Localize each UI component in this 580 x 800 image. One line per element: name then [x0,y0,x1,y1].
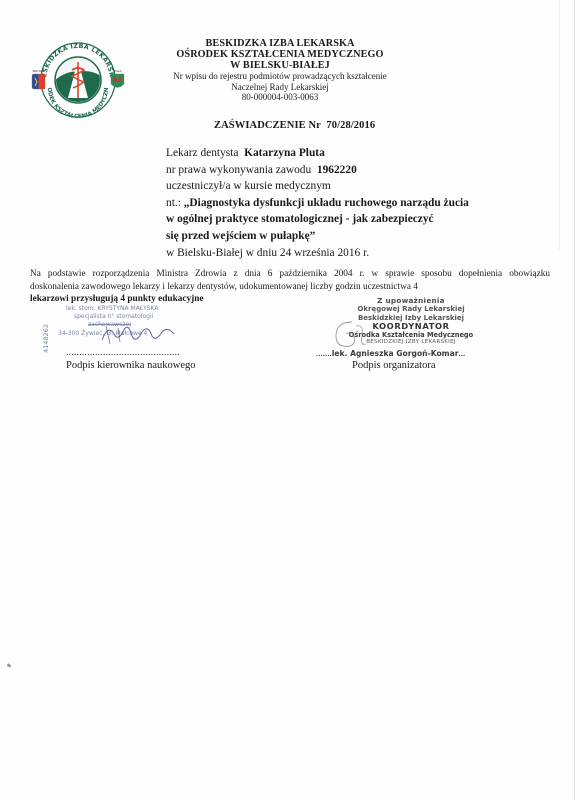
org-center: OŚRODEK KSZTAŁCENIA MEDYCZNEGO [160,49,400,60]
profession-label: Lekarz dentysta [166,147,238,159]
registry-body: Naczelnej Rady Lekarskiej [160,82,400,93]
org-name: BESKIDZKA IZBA LEKARSKA [160,38,400,49]
org-city: W BIELSKU-BIAŁEJ [160,60,400,71]
participation-text: uczestniczył/a w kursie medycznym [166,178,496,195]
chamber-logo: BESKIDZKA IZBA LEKARSKA OŚRODEK KSZTAŁCE… [28,36,128,120]
certificate-number: 70/28/2016 [326,120,375,131]
scientific-director-label: Podpis kierownika naukowego [66,360,195,371]
svg-text:BIELSKO: BIELSKO [33,69,46,73]
signature-line-left: ........................................… [66,347,180,357]
course-topic-line1: „Diagnostyka dysfunkcji układu ruchowego… [184,197,469,209]
signature-line-right: .......lek. Agnieszka Gorgoń-Komar... [316,348,465,358]
course-topic-line2: w ogólnej praktyce stomatologicznej - ja… [166,211,496,228]
topic-prefix: nt.: [166,197,181,209]
coordinator-name: lek. Agnieszka Gorgoń-Komar [332,349,459,358]
bielsko-crest-icon: BIELSKO [32,69,45,89]
certificate-body: Lekarz dentysta Katarzyna Pluta nr prawa… [166,145,496,261]
signature-left-icon [98,320,180,346]
place-date: w Bielsku-Białej w dniu 24 września 2016… [166,245,496,262]
scan-edge-line [574,0,575,800]
issuer-header: BESKIDZKA IZBA LEKARSKA OŚRODEK KSZTAŁCE… [160,38,400,103]
certificate-title: ZAŚWIADCZENIE Nr 70/28/2016 [214,120,375,131]
scan-speck [7,663,12,668]
license-label: nr prawa wykonywania zawodu [166,164,311,176]
signature-right-icon [330,318,370,352]
organizer-label: Podpis organizatora [352,360,436,371]
participant-name: Katarzyna Pluta [244,147,325,159]
registry-number: 80-000004-003-0063 [160,92,400,103]
scan-edge-line-faint [559,0,560,250]
svg-text:BIAŁA: BIAŁA [113,69,121,73]
course-topic-line3: się przed wejściem w pułapkę” [166,228,496,245]
license-number: 1962220 [317,164,357,176]
biala-crest-icon: BIAŁA [111,69,124,88]
registry-line: Nr wpisu do rejestru podmiotów prowadząc… [160,71,400,82]
